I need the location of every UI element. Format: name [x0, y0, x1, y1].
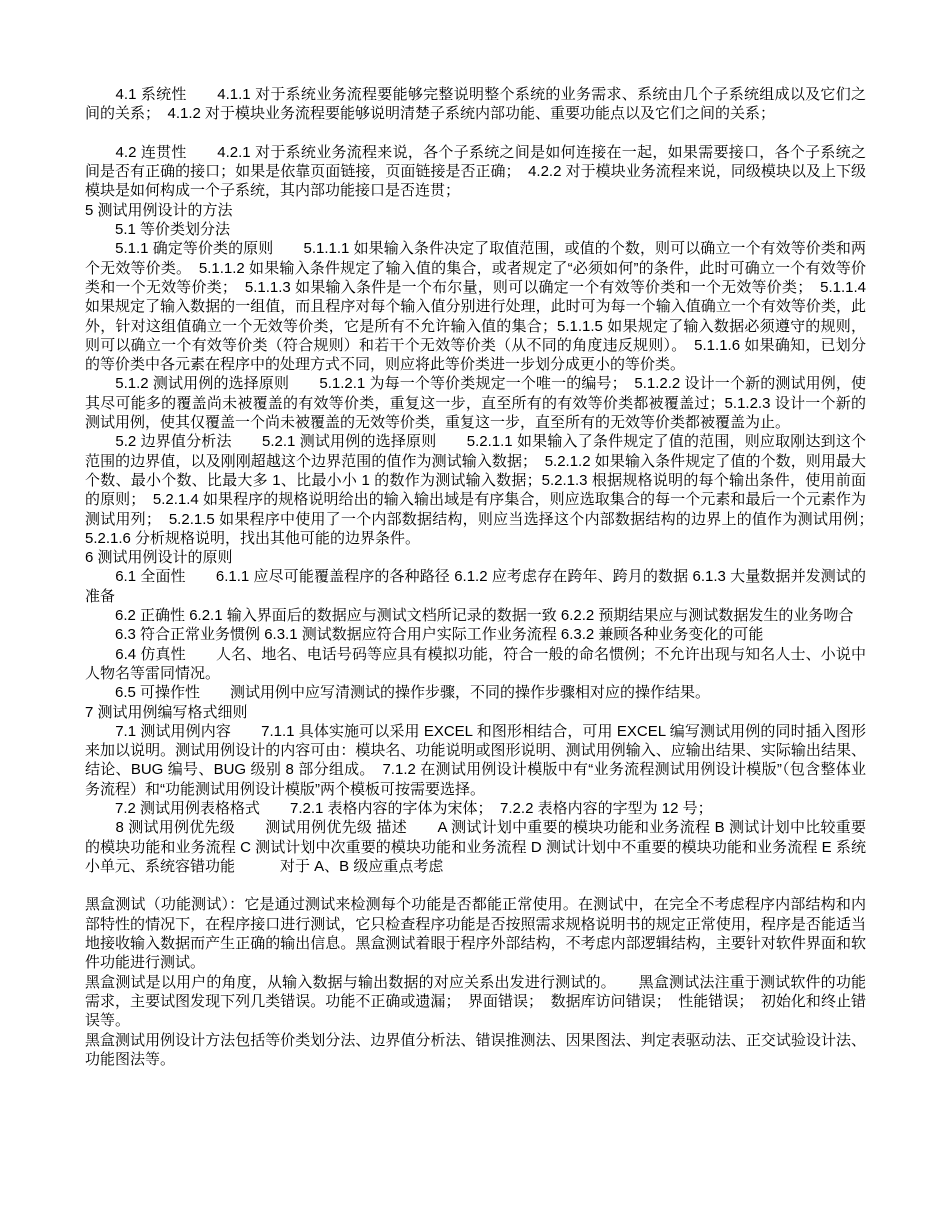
paragraph: 5 测试用例设计的方法 [85, 201, 866, 220]
paragraph: 黑盒测试用例设计方法包括等价类划分法、边界值分析法、错误推测法、因果图法、判定表… [85, 1031, 866, 1070]
document-page: 4.1 系统性 4.1.1 对于系统业务流程要能够完整说明整个系统的业务需求、系… [0, 0, 950, 1230]
blank-line [85, 124, 866, 143]
paragraph: 7 测试用例编写格式细则 [85, 703, 866, 722]
paragraph: 黑盒测试是以用户的角度，从输入数据与输出数据的对应关系出发进行测试的。 黑盒测试… [85, 973, 866, 1031]
paragraph: 7.1 测试用例内容 7.1.1 具体实施可以采用 EXCEL 和图形相结合，可… [85, 722, 866, 799]
paragraph: 4.1 系统性 4.1.1 对于系统业务流程要能够完整说明整个系统的业务需求、系… [85, 85, 866, 124]
paragraph: 6.3 符合正常业务惯例 6.3.1 测试数据应符合用户实际工作业务流程 6.3… [85, 625, 866, 644]
paragraph: 6.4 仿真性 人名、地名、电话号码等应具有模拟功能，符合一般的命名惯例；不允许… [85, 645, 866, 684]
paragraph: 6.1 全面性 6.1.1 应尽可能覆盖程序的各种路径 6.1.2 应考虑存在跨… [85, 567, 866, 606]
paragraph: 7.2 测试用例表格格式 7.2.1 表格内容的字体为宋体； 7.2.2 表格内… [85, 799, 866, 818]
paragraph: 6 测试用例设计的原则 [85, 548, 866, 567]
paragraph: 6.5 可操作性 测试用例中应写清测试的操作步骤，不同的操作步骤相对应的操作结果… [85, 683, 866, 702]
paragraph: 4.2 连贯性 4.2.1 对于系统业务流程来说，各个子系统之间是如何连接在一起… [85, 143, 866, 201]
paragraph: 5.1.2 测试用例的选择原则 5.1.2.1 为每一个等价类规定一个唯一的编号… [85, 374, 866, 432]
paragraph: 5.1.1 确定等价类的原则 5.1.1.1 如果输入条件决定了取值范围，或值的… [85, 239, 866, 374]
paragraph: 8 测试用例优先级 测试用例优先级 描述 A 测试计划中重要的模块功能和业务流程… [85, 818, 866, 876]
paragraph: 5.1 等价类划分法 [85, 220, 866, 239]
blank-line [85, 876, 866, 895]
paragraph: 5.2 边界值分析法 5.2.1 测试用例的选择原则 5.2.1.1 如果输入了… [85, 432, 866, 548]
paragraph: 6.2 正确性 6.2.1 输入界面后的数据应与测试文档所记录的数据一致 6.2… [85, 606, 866, 625]
document-body: 4.1 系统性 4.1.1 对于系统业务流程要能够完整说明整个系统的业务需求、系… [85, 85, 866, 1069]
paragraph: 黑盒测试（功能测试）：它是通过测试来检测每个功能是否都能正常使用。在测试中，在完… [85, 895, 866, 972]
